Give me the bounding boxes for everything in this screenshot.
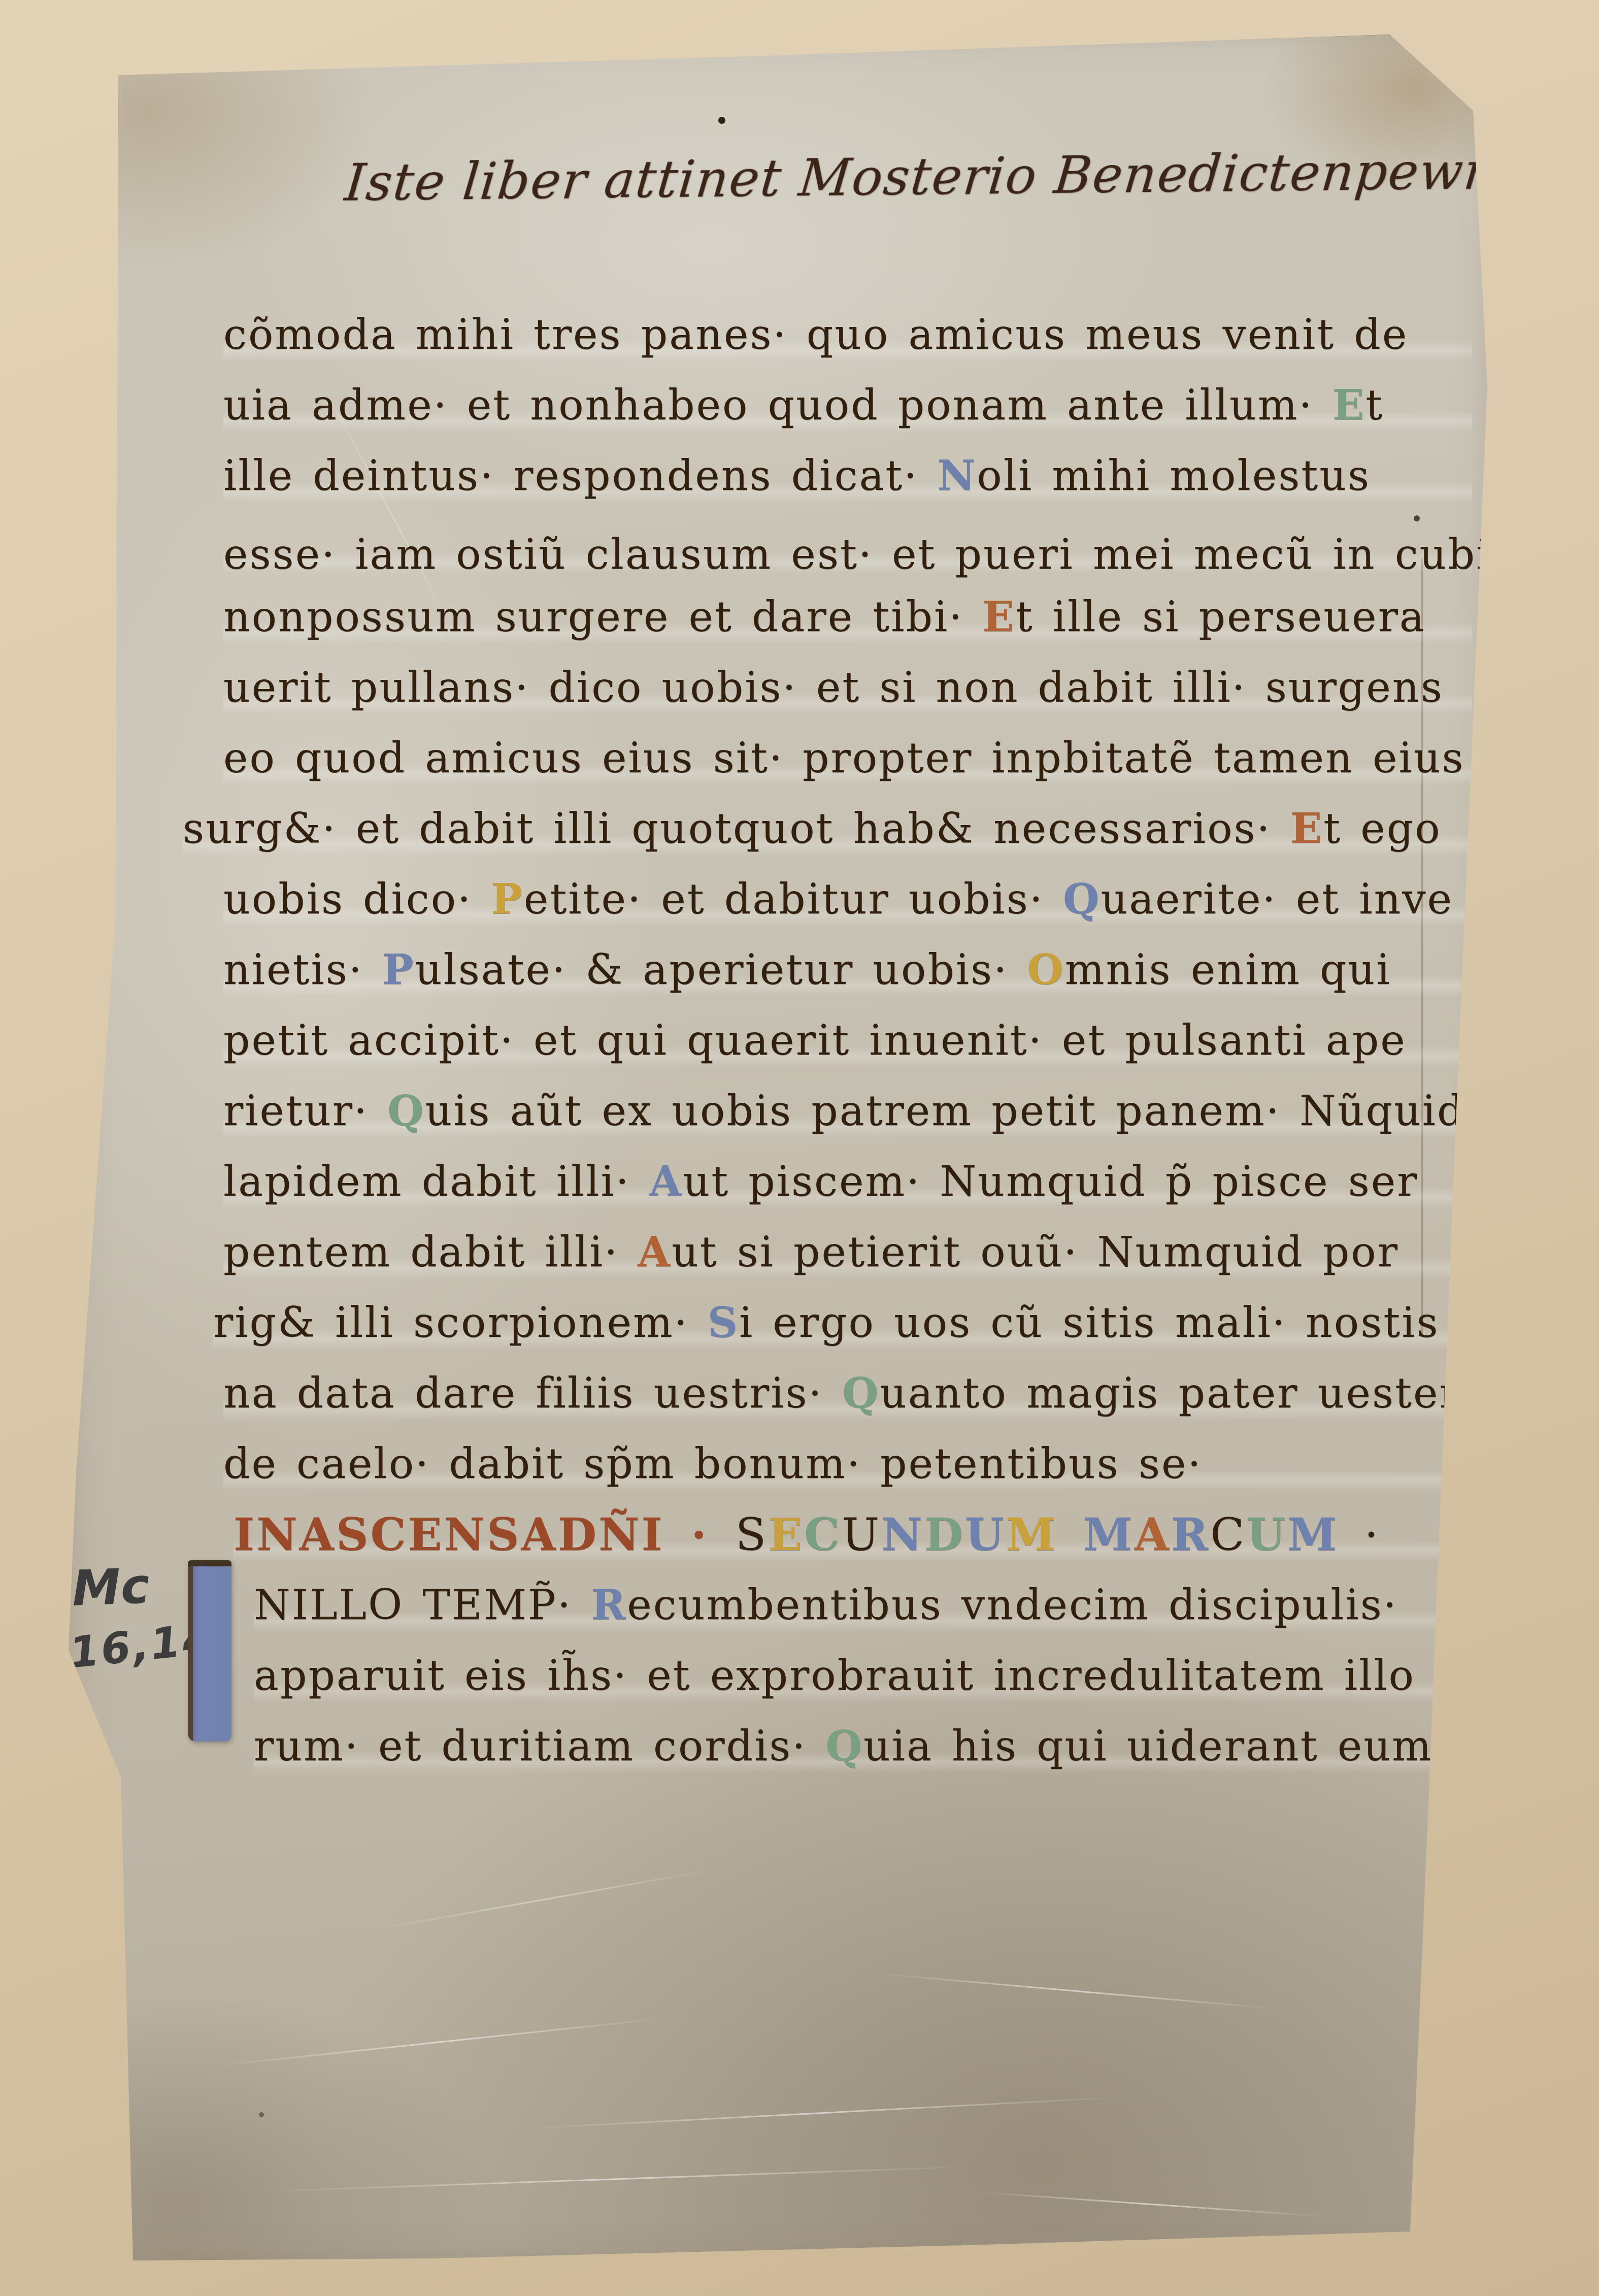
text-segment: rig& illi scorpionem·: [213, 1299, 708, 1347]
text-segment: uaerite· et inve: [1101, 875, 1453, 924]
text-segment: M: [1083, 1508, 1134, 1561]
text-segment: Q: [1063, 875, 1101, 924]
text-segment: eo quod amicus eius sit· propter inpbita…: [223, 734, 1465, 782]
ink-speck: [259, 2112, 264, 2117]
manuscript-line: na data dare filiis uestris· Quanto magi…: [223, 1358, 1472, 1429]
text-segment: nietis·: [223, 946, 382, 994]
text-segment: U: [1246, 1508, 1287, 1561]
text-segment: O: [1027, 945, 1064, 994]
text-segment: U: [965, 1508, 1006, 1561]
manuscript-line: esse· iam ostiũ clausum est· et pueri me…: [223, 511, 1472, 582]
text-segment: E: [982, 593, 1016, 641]
text-segment: E: [1290, 804, 1324, 853]
manuscript-line: de caelo· dabit sp̃m bonum· petentibus s…: [223, 1429, 1472, 1499]
manuscript-line: rietur· Quis aũt ex uobis patrem petit p…: [223, 1076, 1472, 1146]
text-segment: R: [591, 1581, 627, 1629]
text-segment: E: [1332, 381, 1366, 430]
text-segment: ulsate· & aperietur uobis·: [415, 946, 1027, 994]
text-segment: uis aũt ex uobis patrem petit panem· Nũq…: [425, 1087, 1465, 1135]
text-segment: pentem dabit illi·: [223, 1228, 638, 1276]
manuscript-line: lapidem dabit illi· Aut piscem· Numquid …: [223, 1146, 1472, 1217]
manuscript-line: ille deintus· respondens dicat· Noli mih…: [223, 441, 1472, 511]
text-segment: U: [842, 1508, 881, 1561]
manuscript-line: nietis· Pulsate· & aperietur uobis· Omni…: [223, 935, 1472, 1005]
manuscript-line: rig& illi scorpionem· Si ergo uos cũ sit…: [213, 1288, 1472, 1358]
text-segment: S: [736, 1508, 768, 1561]
manuscript-line: uia adme· et nonhabeo quod ponam ante il…: [223, 370, 1472, 441]
text-segment: uobis dico·: [223, 875, 491, 924]
manuscript-line: petit accipit· et qui quaerit inuenit· e…: [223, 1005, 1472, 1076]
wrinkle: [214, 2017, 669, 2067]
wrinkle: [1465, 961, 1499, 1417]
text-segment: uia adme· et nonhabeo quod ponam ante il…: [223, 381, 1332, 430]
manuscript-line: NILLO TEMP̃· Recumbentibus vndecim disci…: [254, 1570, 1472, 1641]
text-segment: rum· et duritiam cordis·: [254, 1722, 825, 1770]
parchment-top-edge: [118, 31, 1392, 75]
text-segment: rietur·: [223, 1087, 387, 1135]
text-segment: S: [708, 1298, 739, 1347]
text-segment: uanto magis pater uester: [880, 1369, 1461, 1418]
text-segment: A: [649, 1157, 683, 1206]
text-segment: D: [924, 1508, 965, 1561]
text-segment: Q: [842, 1369, 880, 1418]
text-segment: C: [804, 1508, 842, 1561]
wrinkle: [264, 2166, 974, 2192]
text-segment: ut si petierit ouũ· Numquid por: [672, 1228, 1399, 1276]
text-segment: P: [491, 875, 524, 924]
manuscript-line: cõmoda mihi tres panes· quo amicus meus …: [223, 300, 1472, 370]
text-segment: ·: [1339, 1508, 1381, 1561]
text-segment: ał s̃t: [1536, 533, 1599, 560]
text-segment: ut piscem· Numquid p̃ pisce ser: [683, 1158, 1418, 1206]
text-segment: C: [1210, 1508, 1246, 1561]
wrinkle: [975, 2191, 1330, 2218]
text-segment: uerit pullans· dico uobis· et si non dab…: [223, 664, 1444, 712]
parchment-leaf: Iste liber attinet Mosterio Benedictenpe…: [61, 20, 1503, 2275]
text-segment: apparuit eis ih̃s· et exprobrauit incred…: [254, 1652, 1415, 1700]
text-segment: t: [1365, 381, 1384, 430]
text-segment: M: [1006, 1508, 1057, 1561]
rubric-line: INASCENSADÑI · SECUNDUM MARCUM ·: [234, 1499, 1472, 1570]
text-segment: R: [1171, 1508, 1210, 1561]
text-segment: surg&· et dabit illi quotquot hab& neces…: [183, 805, 1290, 853]
text-segment: mnis enim qui: [1065, 946, 1391, 994]
text-segment: t ego: [1323, 805, 1441, 853]
text-segment: A: [1135, 1508, 1171, 1561]
manuscript-line: nonpossum surgere et dare tibi· Et ille …: [223, 582, 1472, 652]
text-segment: lapidem dabit illi·: [223, 1158, 649, 1206]
ink-speck: [718, 117, 725, 124]
text-segment: ille deintus· respondens dicat·: [223, 452, 937, 500]
text-segment: N: [937, 451, 977, 500]
text-segment: uia his qui uiderant eum: [863, 1722, 1433, 1770]
text-segment: esse· iam ostiũ clausum est· et pueri me…: [223, 531, 1536, 579]
manuscript-line: surg&· et dabit illi quotquot hab& neces…: [183, 794, 1472, 864]
text-segment: M: [1287, 1508, 1339, 1561]
text-segment: de caelo· dabit sp̃m bonum· petentibus s…: [223, 1440, 1203, 1488]
text-segment: N: [881, 1508, 924, 1561]
wrinkle: [874, 1973, 1278, 2010]
text-segment: i ergo uos cũ sitis mali· nostis bo: [739, 1299, 1513, 1347]
text-segment: Q: [825, 1722, 863, 1770]
text-segment: Q: [387, 1087, 425, 1135]
manuscript-line: eo quod amicus eius sit· propter inpbita…: [223, 723, 1472, 794]
text-segment: INASCENSADÑI: [234, 1508, 664, 1561]
text-segment: etite· et dabitur uobis·: [524, 875, 1063, 924]
text-segment: cõmoda mihi tres panes· quo amicus meus …: [223, 311, 1408, 359]
ex-libris-inscription: Iste liber attinet Mosterio Benedictenpe…: [343, 140, 1599, 212]
text-segment: na data dare filiis uestris·: [223, 1369, 842, 1418]
wrinkle: [368, 1868, 718, 1931]
text-segment: NILLO TEMP̃·: [254, 1581, 591, 1629]
manuscript-line: pentem dabit illi· Aut si petierit ouũ· …: [223, 1217, 1472, 1288]
text-segment: P: [382, 945, 415, 994]
text-segment: [1057, 1508, 1083, 1561]
manuscript-line: rum· et duritiam cordis· Quia his qui ui…: [254, 1711, 1472, 1782]
text-segment: petit accipit· et qui quaerit inuenit· e…: [223, 1016, 1407, 1065]
text-segment: ·: [664, 1508, 736, 1561]
text-segment: nonpossum surgere et dare tibi·: [223, 593, 982, 641]
manuscript-line: uerit pullans· dico uobis· et si non dab…: [223, 652, 1472, 723]
wrinkle: [518, 2096, 1127, 2130]
text-segment: t ille si perseuera: [1016, 593, 1426, 641]
margin-note-book: Mc: [71, 1557, 150, 1617]
text-block: cõmoda mihi tres panes· quo amicus meus …: [223, 300, 1472, 1782]
manuscript-line: apparuit eis ih̃s· et exprobrauit incred…: [254, 1641, 1472, 1711]
text-segment: A: [638, 1228, 672, 1276]
text-segment: E: [768, 1508, 804, 1561]
text-segment: ecumbentibus vndecim discipulis·: [627, 1581, 1397, 1629]
text-segment: oli mihi molestus: [977, 452, 1371, 500]
manuscript-line: uobis dico· Petite· et dabitur uobis· Qu…: [223, 864, 1472, 935]
